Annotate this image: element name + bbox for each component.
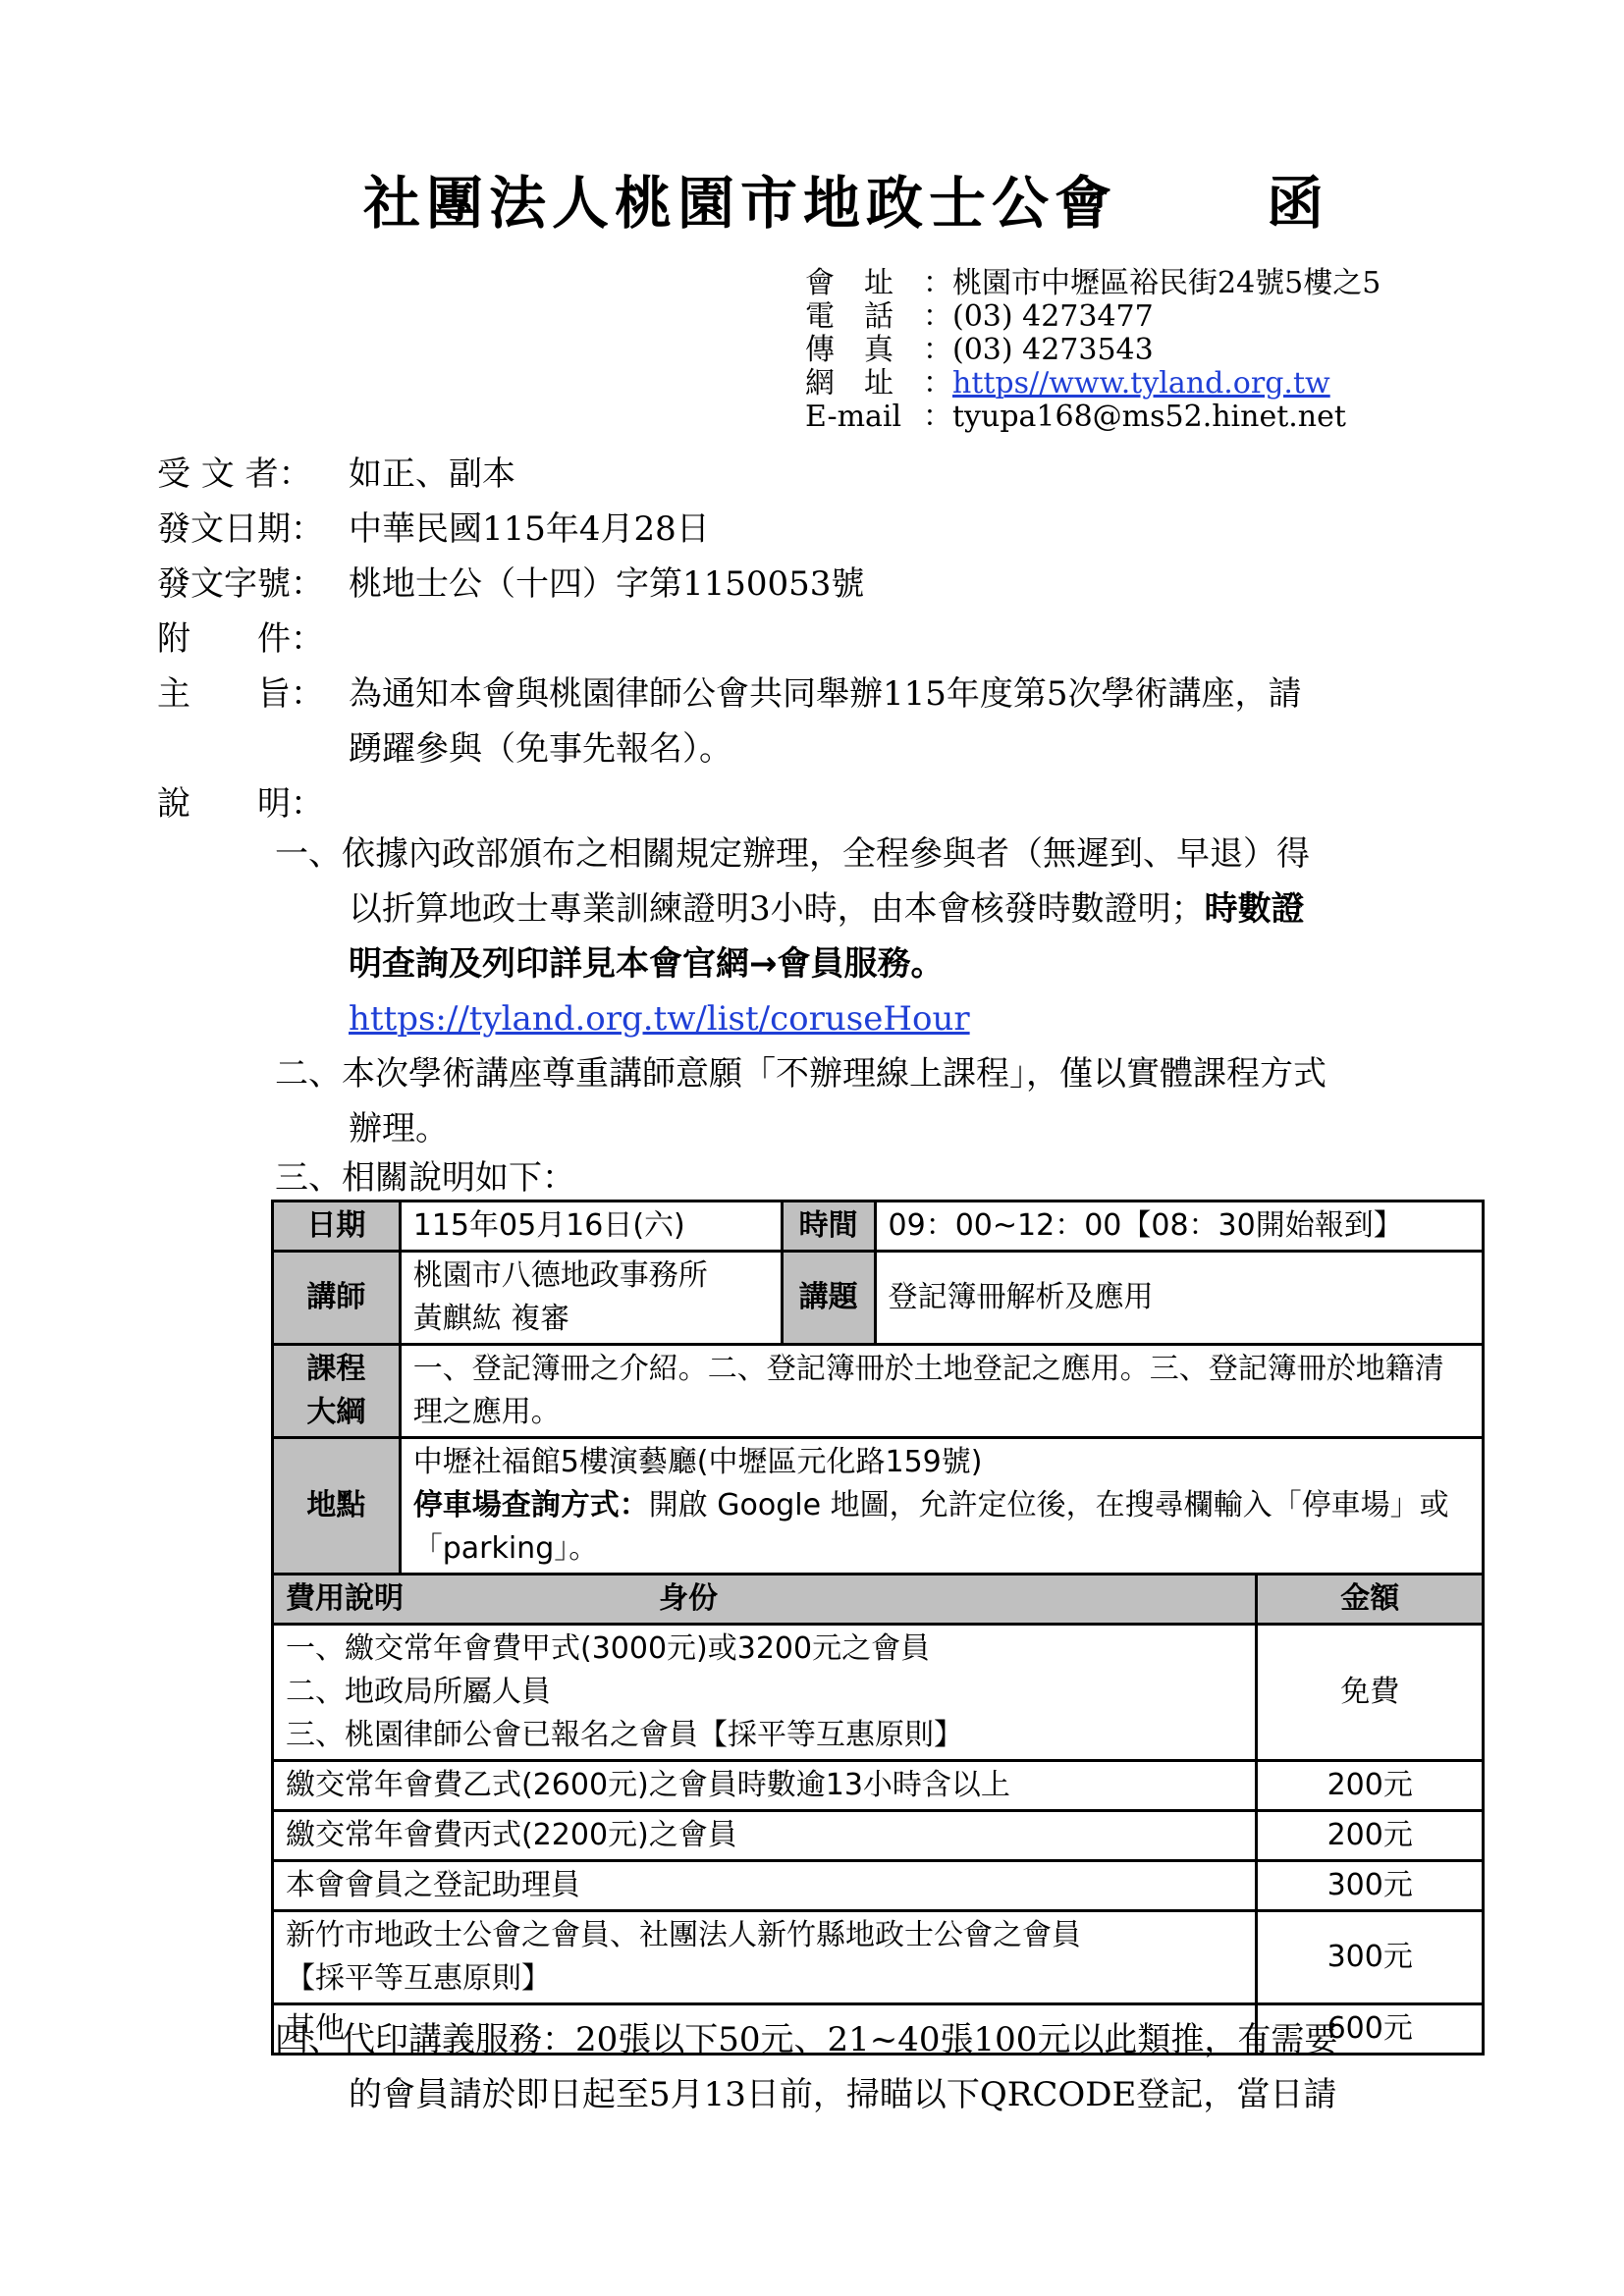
fee-row: 繳交常年會費丙式(2200元)之會員 200元 — [273, 1811, 1484, 1861]
fee-row: 本會會員之登記助理員 300元 — [273, 1861, 1484, 1911]
doc-type: 函 — [1267, 157, 1329, 240]
explanation-item-1: 一、依據內政部頒布之相關規定辦理，全程參與者（無遲到、早退）得 以折算地政士專業… — [275, 827, 1310, 1046]
fee-header-row: 費用說明身份 金額 — [273, 1575, 1484, 1625]
fee-row: 新竹市地政士公會之會員、社團法人新竹縣地政士公會之會員 【採平等互惠原則】 30… — [273, 1911, 1484, 2004]
subject-line2: 踴躍參與（免事先報名）。 — [349, 721, 732, 770]
place-row: 地點 中壢社福館5樓演藝廳(中壢區元化路159號) 停車場查詢方式：開啟 Goo… — [273, 1438, 1484, 1575]
explanation-item-3: 三、相關說明如下： — [275, 1150, 575, 1205]
explanation-item-2: 二、本次學術講座尊重講師意願「不辦理線上課程」，僅以實體課程方式 辦理。 — [275, 1046, 1326, 1156]
contact-email: E-mail：tyupa168@ms52.hinet.net — [805, 400, 1380, 434]
fee-row: 一、繳交常年會費甲式(3000元)或3200元之會員 二、地政局所屬人員 三、桃… — [273, 1625, 1484, 1761]
contact-phone: 電 話：(03) 4273477 — [805, 300, 1380, 334]
outline-row: 課程大綱 一、登記簿冊之介紹。二、登記簿冊於土地登記之應用。三、登記簿冊於地籍清… — [273, 1345, 1484, 1438]
lecturer-topic-row: 講師 桃園市八德地政事務所黃麒紘 複審 講題 登記簿冊解析及應用 — [273, 1252, 1484, 1345]
org-title: 社團法人桃園市地政士公會 — [363, 170, 1117, 237]
lecture-info-table: 日期 115年05月16日(六) 時間 09：00~12：00【08：30開始報… — [271, 1200, 1485, 2056]
fee-row: 繳交常年會費乙式(2600元)之會員時數逾13小時含以上 200元 — [273, 1761, 1484, 1811]
ref-number-row: 發文字號：桃地士公（十四）字第1150053號 — [157, 557, 864, 605]
contact-block: 會 址：桃園市中壢區裕民街24號5樓之5 電 話：(03) 4273477 傳 … — [805, 267, 1380, 434]
attachment-row: 附 件： — [157, 612, 349, 660]
date-row: 發文日期：中華民國115年4月28日 — [157, 502, 710, 550]
website-link[interactable]: https//www.tyland.org.tw — [952, 367, 1330, 400]
subject-row: 主 旨：為通知本會與桃園律師公會共同舉辦115年度第5次學術講座，請 — [157, 667, 1302, 715]
contact-website: 網 址：https//www.tyland.org.tw — [805, 367, 1380, 400]
course-hour-link[interactable]: https://tyland.org.tw/list/coruseHour — [349, 999, 970, 1039]
explanation-label: 說 明： — [157, 776, 324, 825]
contact-address: 會 址：桃園市中壢區裕民街24號5樓之5 — [805, 267, 1380, 300]
document-title: 社團法人桃園市地政士公會 函 — [363, 157, 1117, 240]
date-time-row: 日期 115年05月16日(六) 時間 09：00~12：00【08：30開始報… — [273, 1201, 1484, 1252]
contact-fax: 傳 真：(03) 4273543 — [805, 334, 1380, 367]
recipient-row: 受 文 者：如正、副本 — [157, 447, 515, 495]
explanation-item-4: 四、代印講義服務：20張以下50元、21~40張100元以此類推，有需要 的會員… — [275, 2012, 1337, 2122]
